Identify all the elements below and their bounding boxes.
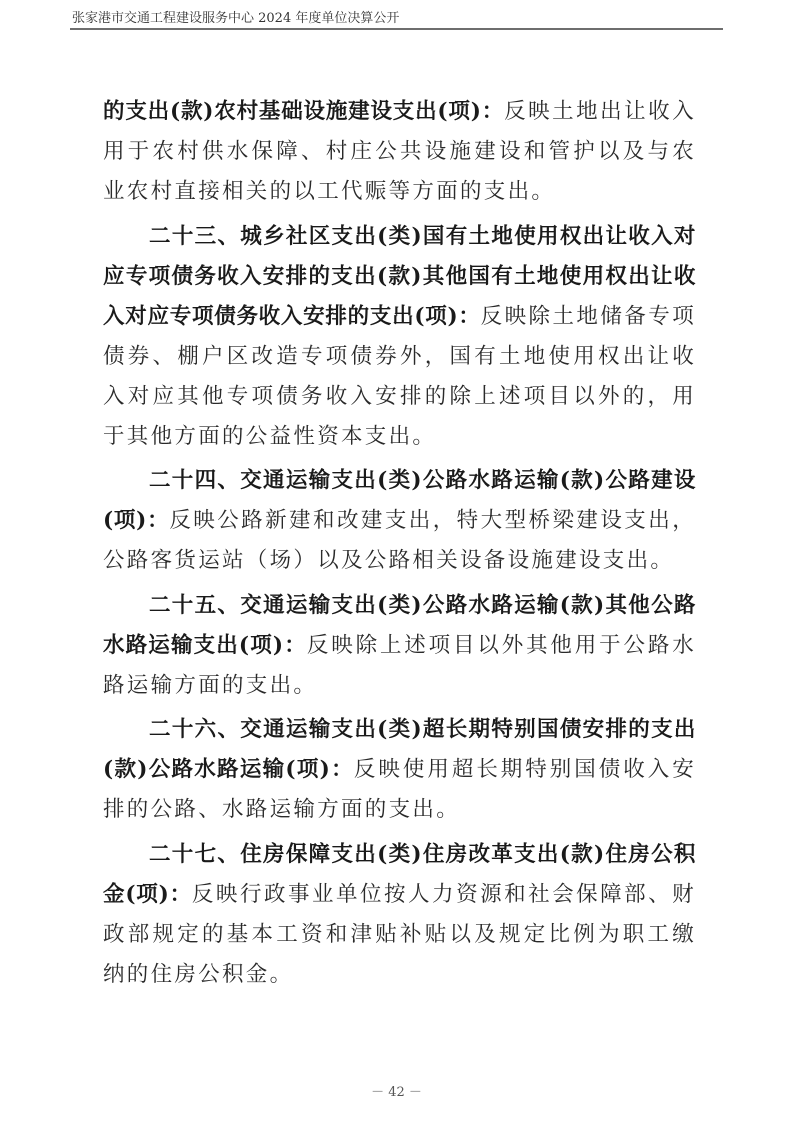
header-title: 张家港市交通工程建设服务中心 2024 年度单位决算公开: [72, 11, 399, 27]
paragraph-text: 反映公路新建和改建支出，特大型桥梁建设支出，公路客货运站（场）以及公路相关设备设…: [103, 508, 696, 573]
page-number: － 42 －: [0, 1081, 793, 1100]
paragraph-text: 反映行政事业单位按人力资源和社会保障部、财政部规定的基本工资和津贴补贴以及规定比…: [103, 882, 696, 987]
paragraph-item-26: 二十六、交通运输支出(类)超长期特别国债安排的支出(款)公路水路运输(项)：反映…: [103, 710, 696, 830]
paragraph-item-27: 二十七、住房保障支出(类)住房改革支出(款)住房公积金(项)：反映行政事业单位按…: [103, 835, 696, 995]
paragraph-rural-infrastructure: 的支出(款)农村基础设施建设支出(项)：反映土地出让收入用于农村供水保障、村庄公…: [103, 92, 696, 212]
document-body: 的支出(款)农村基础设施建设支出(项)：反映土地出让收入用于农村供水保障、村庄公…: [103, 92, 696, 999]
paragraph-item-24: 二十四、交通运输支出(类)公路水路运输(款)公路建设(项)：反映公路新建和改建支…: [103, 461, 696, 581]
page-header: 张家港市交通工程建设服务中心 2024 年度单位决算公开: [70, 10, 723, 30]
paragraph-item-23: 二十三、城乡社区支出(类)国有土地使用权出让收入对应专项债务收入安排的支出(款)…: [103, 217, 696, 457]
paragraph-item-25: 二十五、交通运输支出(类)公路水路运输(款)其他公路水路运输支出(项)：反映除上…: [103, 586, 696, 706]
paragraph-heading: 的支出(款)农村基础设施建设支出(项)：: [103, 99, 504, 124]
